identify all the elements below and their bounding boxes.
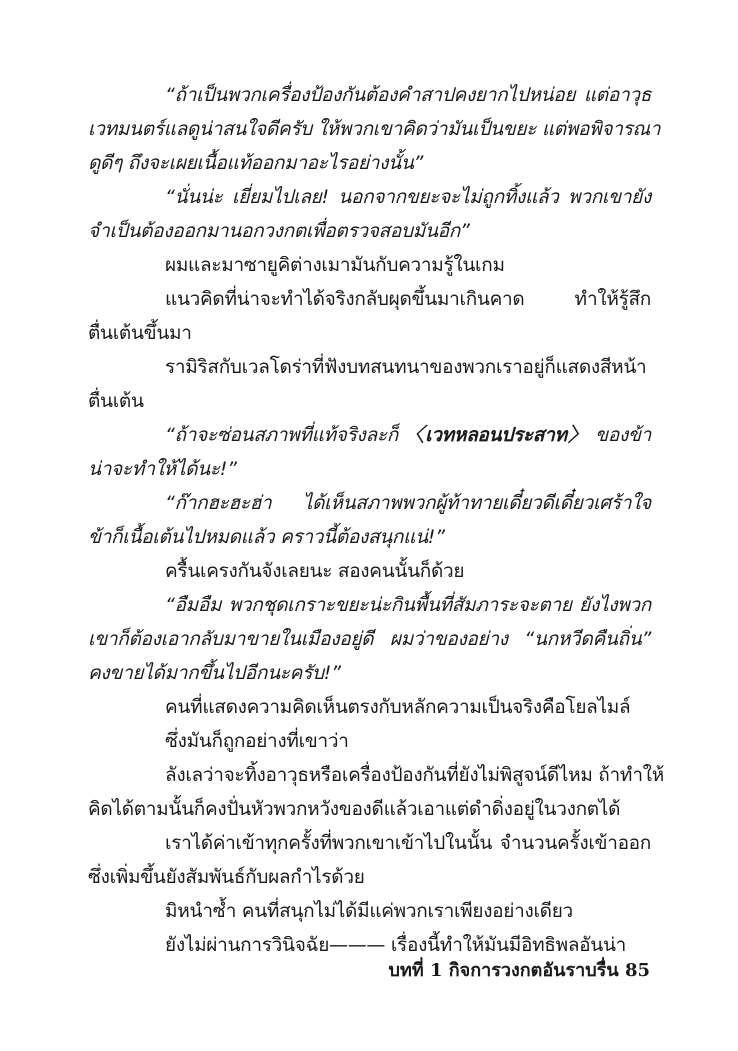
text-line: แนวคิดที่น่าจะทำได้จริงกลับผุดขึ้นมาเกิน… — [88, 282, 651, 316]
text-line: น่าจะทำให้ได้นะ!” — [88, 452, 651, 486]
chapter-title: บทที่ 1 กิจการวงกตอันราบรื่น — [389, 960, 619, 981]
text-line: ลังเลว่าจะทิ้งอาวุธหรือเครื่องป้องกันที่… — [88, 758, 651, 792]
text-line: ซึ่งมันก็ถูกอย่างที่เขาว่า — [88, 724, 651, 758]
text-line: ตื่นเต้น — [88, 384, 651, 418]
text-line: “อืมอืม พวกชุดเกราะขยะน่ะกินพื้นที่สัมภา… — [88, 588, 651, 622]
text-line: เขาก็ต้องเอากลับมาขายในเมืองอยู่ดี ผมว่า… — [88, 622, 651, 656]
text-line: ตื่นเต้นขึ้นมา — [88, 316, 651, 350]
text-line: คงขายได้มากขึ้นไปอีกนะครับ!” — [88, 656, 651, 690]
text-line: ดูดีๆ ถึงจะเผยเนื้อแท้ออกมาอะไรอย่างนั้น… — [88, 146, 651, 180]
text-line: รามิริสกับเวลโดร่าที่ฟังบทสนทนาของพวกเรา… — [88, 350, 651, 384]
page-body: “ถ้าเป็นพวกเครื่องป้องกันต้องคำสาปคงยากไ… — [88, 78, 651, 962]
spell-name: 〈เวทหลอนประสาท〉 — [405, 424, 588, 446]
text-line: “ก๊ากฮะฮะฮ่า ได้เห็นสภาพพวกผู้ท้าทายเดี๋… — [88, 486, 651, 520]
text-line: เวทมนตร์แลดูน่าสนใจดีครับ ให้พวกเขาคิดว่… — [88, 112, 651, 146]
text-line: ครื้นเครงกันจังเลยนะ สองคนนั้นก็ด้วย — [88, 554, 651, 588]
text-line: คิดได้ตามนั้นก็คงปั่นหัวพวกหวังของดีแล้ว… — [88, 792, 651, 826]
text-line: จำเป็นต้องออกมานอกวงกตเพื่อตรวจสอบมันอีก… — [88, 214, 651, 248]
text-line: ข้าก็เนื้อเต้นไปหมดแล้ว คราวนี้ต้องสนุกแ… — [88, 520, 651, 554]
page-footer: บทที่ 1 กิจการวงกตอันราบรื่น 85 — [389, 955, 650, 984]
text-line: “นั่นน่ะ เยี่ยมไปเลย! นอกจากขยะจะไม่ถูกท… — [88, 180, 651, 214]
text-line-with-spell-name: “ถ้าจะซ่อนสภาพที่แท้จริงละก็ 〈เวทหลอนประ… — [88, 418, 651, 452]
text-line: เราได้ค่าเข้าทุกครั้งที่พวกเขาเข้าไปในนั… — [88, 826, 651, 860]
text-line: ซึ่งเพิ่มขึ้นยังสัมพันธ์กับผลกำไรด้วย — [88, 860, 651, 894]
text-line: คนที่แสดงความคิดเห็นตรงกับหลักความเป็นจร… — [88, 690, 651, 724]
text-line: “ถ้าเป็นพวกเครื่องป้องกันต้องคำสาปคงยากไ… — [88, 78, 651, 112]
page-number: 85 — [625, 960, 650, 981]
text-segment: “ถ้าจะซ่อนสภาพที่แท้จริงละก็ — [165, 424, 405, 446]
text-line: มิหนำซ้ำ คนที่สนุกไม่ได้มีแค่พวกเราเพียง… — [88, 894, 651, 928]
text-line: ผมและมาซายูคิต่างเมามันกับความรู้ในเกม — [88, 248, 651, 282]
text-segment: ของข้า — [588, 424, 651, 446]
